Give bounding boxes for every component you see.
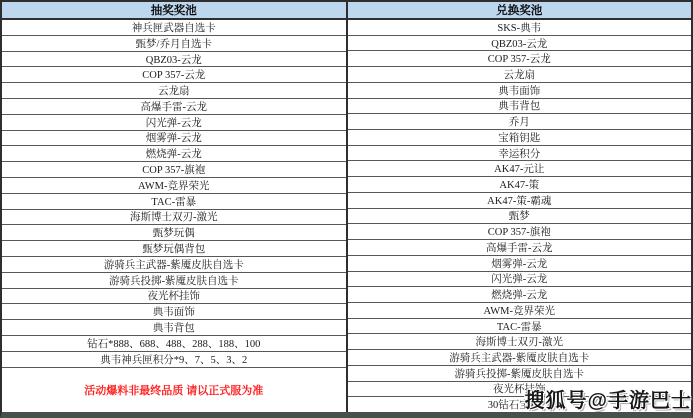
- exchange-pool-cell: COP 357-云龙: [348, 51, 692, 67]
- exchange-pool-cell: 云龙扇: [348, 67, 692, 83]
- header-lottery-pool: 抽奖奖池: [2, 2, 348, 18]
- exchange-pool-cell: COP 357-旗袍: [348, 224, 692, 240]
- lottery-pool-cell: 夜光杯挂饰: [2, 289, 346, 305]
- lottery-pool-cell: 高爆手雷-云龙: [2, 99, 346, 115]
- notice-cell: 活动爆料非最终品质 请以正式服为准: [2, 368, 346, 412]
- exchange-pool-cell: 幸运积分: [348, 146, 692, 162]
- exchange-pool-cell: 海斯博士双刃-激光: [348, 334, 692, 350]
- exchange-pool-cell: 夜光杯挂饰: [348, 382, 692, 398]
- exchange-pool-cell: AK47-策: [348, 177, 692, 193]
- exchange-pool-cell: TAC-雷暴: [348, 319, 692, 335]
- exchange-pool-cell: 甄梦: [348, 209, 692, 225]
- exchange-pool-cell: 宝箱钥匙: [348, 130, 692, 146]
- table-header-row: 抽奖奖池 兑换奖池: [2, 2, 691, 20]
- lottery-pool-cell: 游骑兵投掷-紫魇皮肤自选卡: [2, 273, 346, 289]
- exchange-pool-cell: 典韦面饰: [348, 83, 692, 99]
- lottery-pool-cell: 甄梦/乔月自选卡: [2, 36, 346, 52]
- lottery-pool-cell: 典韦面饰: [2, 304, 346, 320]
- page: 抽奖奖池 兑换奖池 神兵匣武器自选卡甄梦/乔月自选卡QBZ03-云龙COP 35…: [0, 0, 693, 418]
- lottery-pool-cell: COP 357-旗袍: [2, 162, 346, 178]
- lottery-pool-cell: 烟雾弹-云龙: [2, 131, 346, 147]
- lottery-pool-cell: COP 357-云龙: [2, 67, 346, 83]
- exchange-pool-cell: 高爆手雷-云龙: [348, 240, 692, 256]
- prize-pool-table: 抽奖奖池 兑换奖池 神兵匣武器自选卡甄梦/乔月自选卡QBZ03-云龙COP 35…: [0, 0, 693, 418]
- lottery-pool-cell: 闪光弹-云龙: [2, 115, 346, 131]
- exchange-pool-cell: 游骑兵投掷-紫魇皮肤自选卡: [348, 366, 692, 382]
- exchange-pool-cell: AWM-竞界荣光: [348, 303, 692, 319]
- lottery-pool-column: 神兵匣武器自选卡甄梦/乔月自选卡QBZ03-云龙COP 357-云龙云龙扇高爆手…: [2, 20, 348, 412]
- lottery-pool-cell: 云龙扇: [2, 83, 346, 99]
- lottery-pool-cell: 神兵匣武器自选卡: [2, 20, 346, 36]
- exchange-pool-cell: AK47-元让: [348, 161, 692, 177]
- exchange-pool-cell: SKS-典韦: [348, 20, 692, 36]
- exchange-pool-cell: 游骑兵主武器-紫魇皮肤自选卡: [348, 350, 692, 366]
- table-body: 神兵匣武器自选卡甄梦/乔月自选卡QBZ03-云龙COP 357-云龙云龙扇高爆手…: [2, 20, 691, 412]
- lottery-pool-cell: 典韦背包: [2, 320, 346, 336]
- exchange-pool-cell: 乔月: [348, 114, 692, 130]
- header-exchange-pool: 兑换奖池: [348, 2, 692, 18]
- exchange-pool-cell: 烟雾弹-云龙: [348, 256, 692, 272]
- lottery-pool-cell: 海斯博士双刃-激光: [2, 210, 346, 226]
- lottery-pool-cell: 甄梦玩偶背包: [2, 241, 346, 257]
- lottery-pool-cell: 甄梦玩偶: [2, 225, 346, 241]
- lottery-pool-cell: AWM-竞界荣光: [2, 178, 346, 194]
- lottery-pool-cell: 钻石*888、688、488、288、188、100: [2, 336, 346, 352]
- lottery-pool-cell: QBZ03-云龙: [2, 52, 346, 68]
- exchange-pool-column: SKS-典韦QBZ03-云龙COP 357-云龙云龙扇典韦面饰典韦背包乔月宝箱钥…: [348, 20, 692, 412]
- exchange-pool-cell: AK47-策-霸魂: [348, 193, 692, 209]
- exchange-pool-cell: QBZ03-云龙: [348, 36, 692, 52]
- lottery-pool-cell: 燃烧弹-云龙: [2, 146, 346, 162]
- exchange-pool-cell: 燃烧弹-云龙: [348, 287, 692, 303]
- lottery-pool-cell: TAC-雷暴: [2, 194, 346, 210]
- exchange-pool-cell: 30钻石宝箱*1: [348, 397, 692, 412]
- notice-text: 活动爆料非最终品质 请以正式服为准: [84, 382, 263, 398]
- exchange-pool-cell: 典韦背包: [348, 99, 692, 115]
- lottery-pool-cell: 游骑兵主武器-紫魇皮肤自选卡: [2, 257, 346, 273]
- lottery-pool-cell: 典韦神兵匣积分*9、7、5、3、2: [2, 352, 346, 368]
- exchange-pool-cell: 闪光弹-云龙: [348, 272, 692, 288]
